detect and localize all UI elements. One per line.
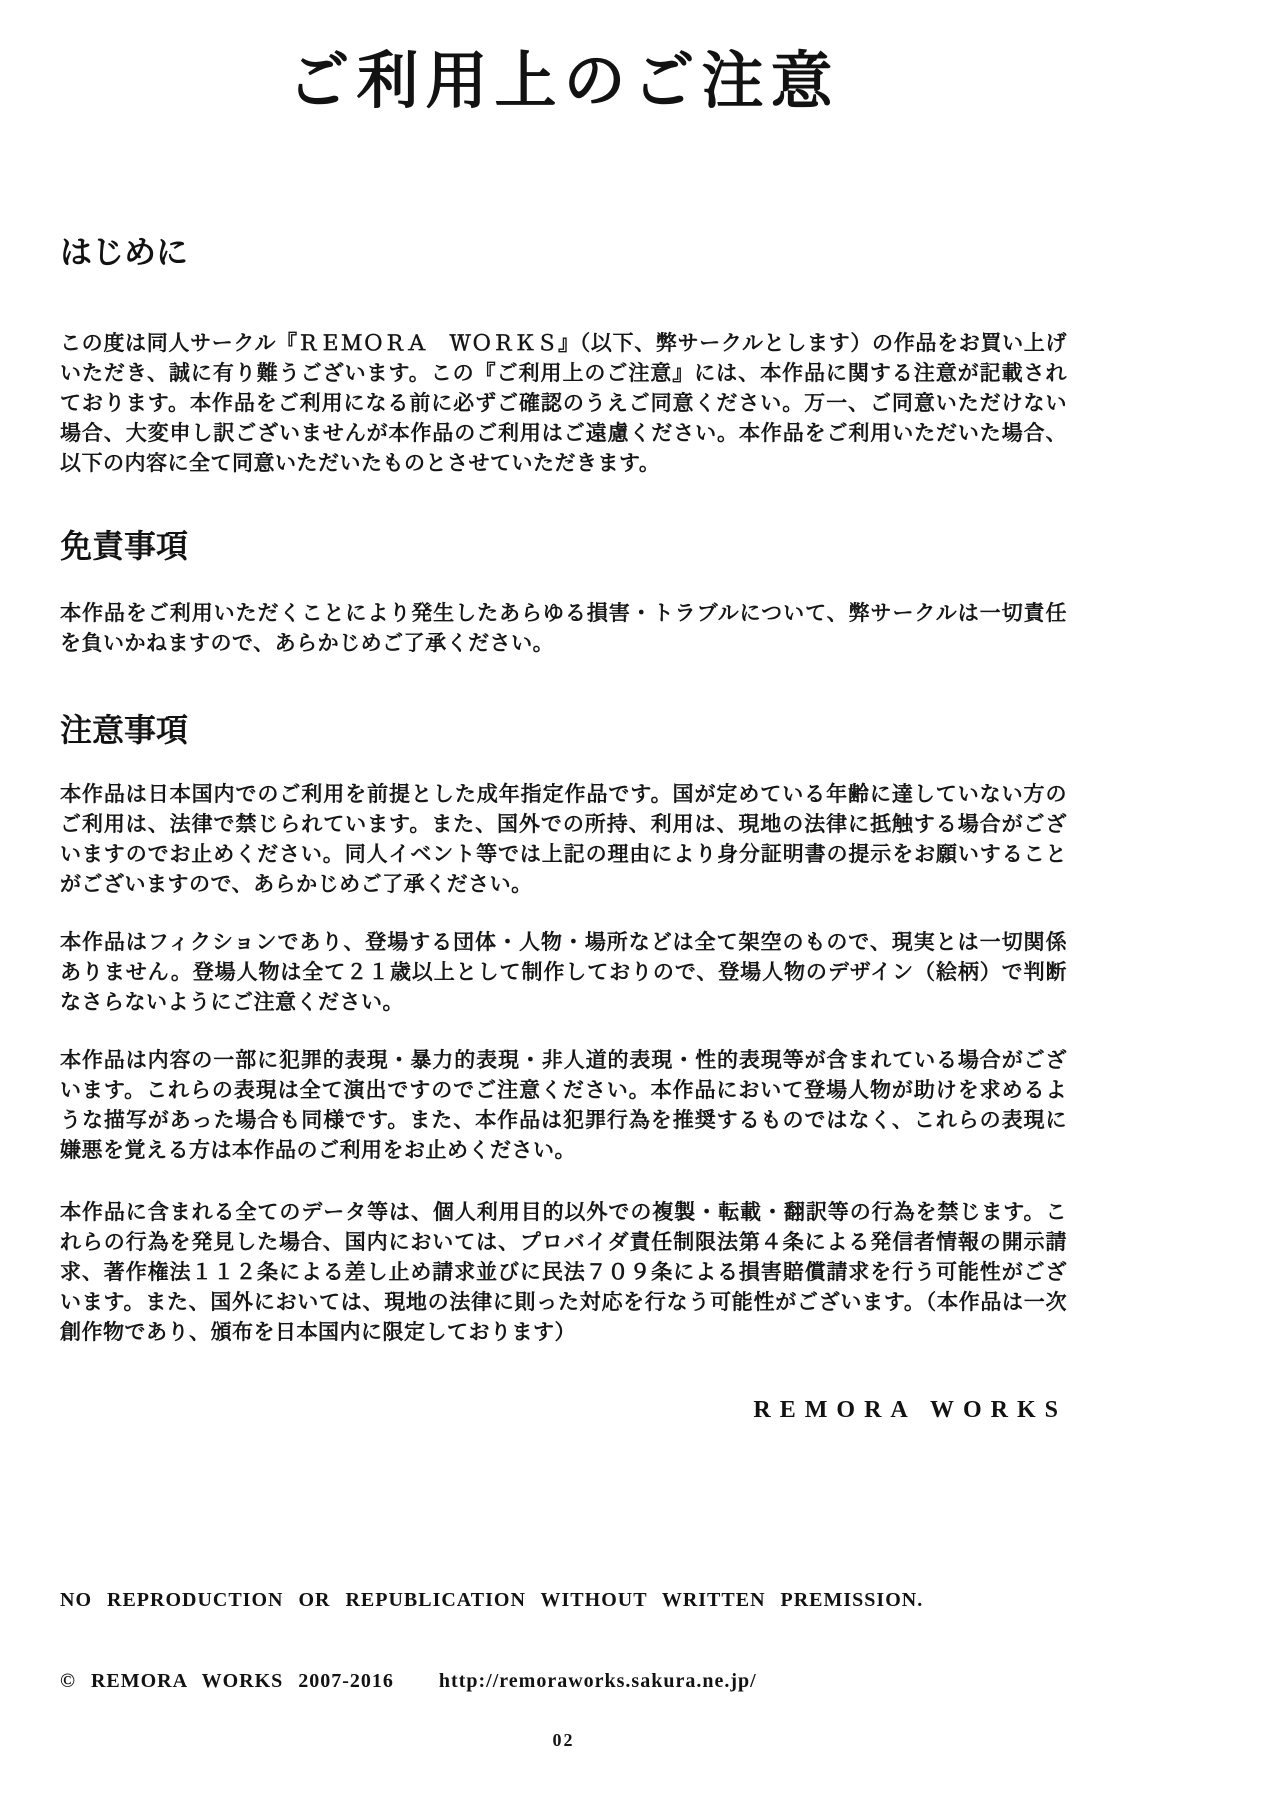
page-title: ご利用上のご注意 [60, 40, 1067, 124]
precautions-paragraph-copyright: 本作品に含まれる全てのデータ等は、個人利用目的以外での複製・転載・翻訳等の行為を… [60, 1197, 1067, 1347]
copyright-line: © REMORA WORKS 2007-2016 http://remorawo… [60, 1668, 1067, 1695]
section-heading-disclaimer: 免責事項 [60, 524, 1067, 568]
precautions-paragraph-expressions: 本作品は内容の一部に犯罪的表現・暴力的表現・非人道的表現・性的表現等が含まれてい… [60, 1045, 1067, 1165]
introduction-paragraph: この度は同人サークル『ＲＥＭＯＲＡ ＷＯＲＫＳ』（以下、弊サークルとします）の作… [60, 328, 1067, 478]
circle-signature: REMORA WORKS [60, 1395, 1067, 1425]
disclaimer-paragraph: 本作品をご利用いただくことにより発生したあらゆる損害・トラブルについて、弊サーク… [60, 598, 1067, 658]
precautions-paragraph-fiction: 本作品はフィクションであり、登場する団体・人物・場所などは全て架空のもので、現実… [60, 927, 1067, 1017]
page-number: 02 [60, 1730, 1067, 1751]
section-heading-precautions: 注意事項 [60, 708, 1067, 752]
section-heading-introduction: はじめに [60, 230, 1067, 274]
copyright-footer: NO REPRODUCTION OR REPUBLICATION WITHOUT… [60, 1533, 1067, 1749]
precautions-paragraph-age-restriction: 本作品は日本国内でのご利用を前提とした成年指定作品です。国が定めている年齢に達し… [60, 779, 1067, 899]
no-reproduction-notice: NO REPRODUCTION OR REPUBLICATION WITHOUT… [60, 1587, 1067, 1614]
document-page: ご利用上のご注意 はじめに この度は同人サークル『ＲＥＭＯＲＡ ＷＯＲＫＳ』（以… [60, 40, 1067, 1749]
